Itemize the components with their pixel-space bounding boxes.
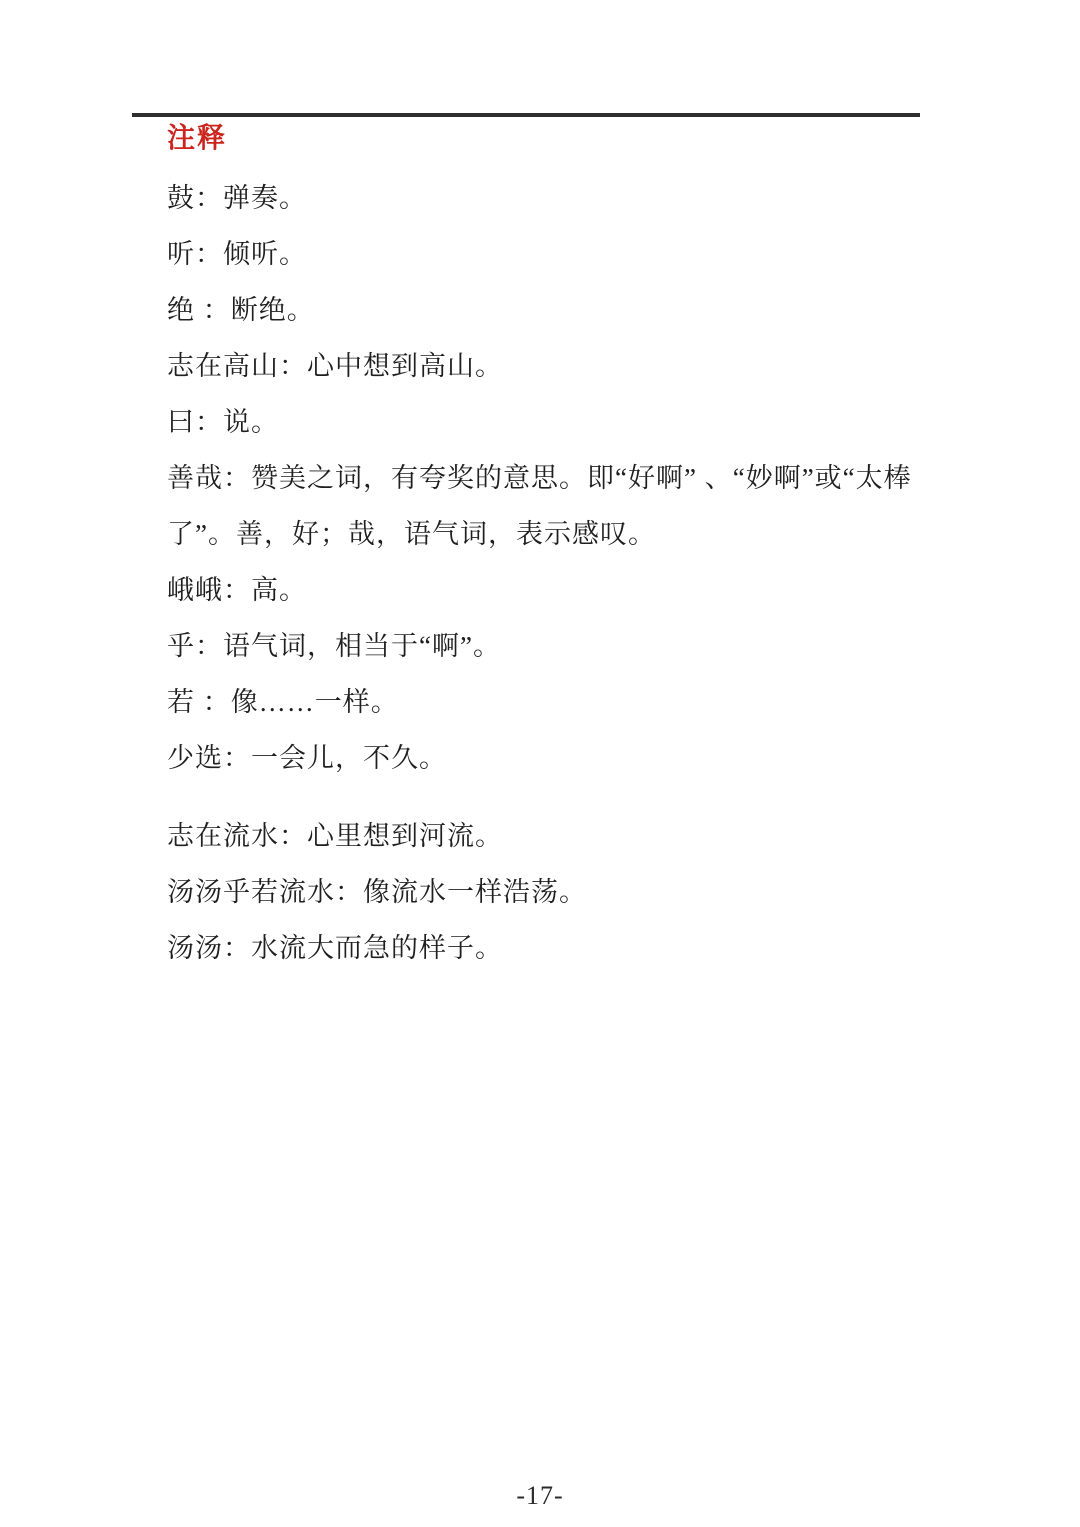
annotation-line: 峨峨：高。 (167, 562, 957, 618)
annotation-line: 善哉：赞美之词，有夸奖的意思。即“好啊” 、“妙啊”或“太棒 (167, 450, 957, 506)
annotation-line: 志在流水：心里想到河流。 (167, 808, 957, 864)
annotation-line: 了”。善，好；哉，语气词，表示感叹。 (167, 506, 957, 562)
annotation-line: 志在高山：心中想到高山。 (167, 338, 957, 394)
annotation-line: 乎：语气词，相当于“啊”。 (167, 618, 957, 674)
section-heading: 注释 (167, 122, 227, 156)
annotation-line: 听：倾听。 (167, 226, 957, 282)
document-page: 注释 鼓：弹奏。 听：倾听。 绝 ：断绝。 志在高山：心中想到高山。 曰：说。 … (0, 0, 1080, 1527)
annotation-line: 鼓：弹奏。 (167, 170, 957, 226)
annotation-line: 绝 ：断绝。 (167, 282, 957, 338)
annotation-line: 曰：说。 (167, 394, 957, 450)
annotation-line: 汤汤：水流大而急的样子。 (167, 920, 957, 976)
page-number: -17- (0, 1481, 1080, 1511)
annotation-line: 若 ：像……一样。 (167, 674, 957, 730)
annotation-line: 汤汤乎若流水：像流水一样浩荡。 (167, 864, 957, 920)
top-rule (132, 113, 920, 117)
annotation-line: 少选：一会儿，不久。 (167, 730, 957, 786)
annotations-list: 鼓：弹奏。 听：倾听。 绝 ：断绝。 志在高山：心中想到高山。 曰：说。 善哉：… (167, 170, 957, 976)
